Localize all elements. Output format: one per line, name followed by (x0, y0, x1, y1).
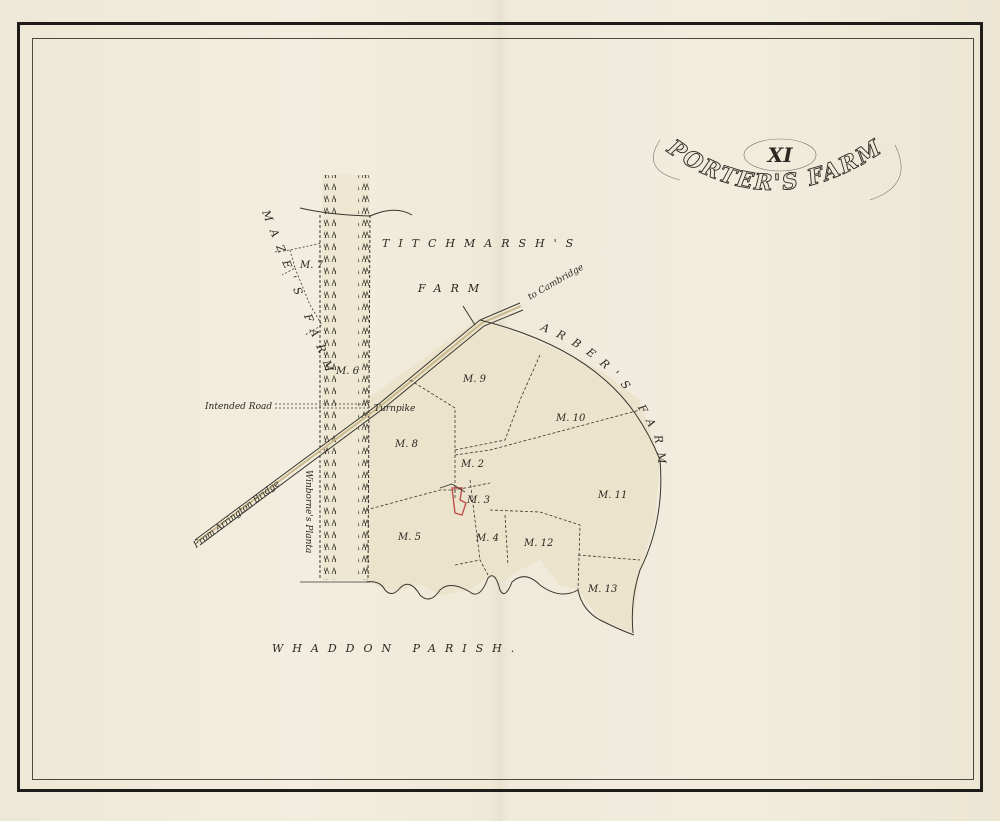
label-north: TITCHMARSH'S (382, 237, 582, 250)
field-m5: M. 5 (397, 532, 421, 543)
field-m3: M. 3 (466, 495, 490, 506)
label-plantation: Winborne's Planta (303, 470, 313, 553)
title-cartouche: XI PORTER'S FARM (653, 134, 901, 200)
label-south: WHADDON PARISH. (272, 642, 523, 655)
plate-number: XI (766, 143, 794, 167)
field-m11: M. 11 (597, 490, 627, 501)
field-m13: M. 13 (587, 584, 617, 595)
label-from-bridge: From Arrington Bridge (191, 479, 282, 551)
label-turnpike: Turnpike (374, 404, 415, 414)
field-m9: M. 9 (462, 374, 487, 385)
field-m8: M. 8 (394, 439, 418, 450)
field-m7: M. 7 (299, 260, 324, 271)
label-to-cambridge: to Cambridge (527, 263, 586, 303)
field-m10: M. 10 (555, 413, 586, 424)
field-m4: M. 4 (475, 533, 499, 544)
estate-map: XI PORTER'S FARM TITCHMARSH'S FARM MAZE'… (0, 0, 1000, 821)
field-m6: M. 6 (335, 366, 360, 377)
label-north-farm: FARM (417, 282, 488, 295)
field-m12: M. 12 (523, 538, 553, 549)
field-m2: M. 2 (460, 459, 484, 470)
label-intended-road: Intended Road (204, 402, 272, 412)
